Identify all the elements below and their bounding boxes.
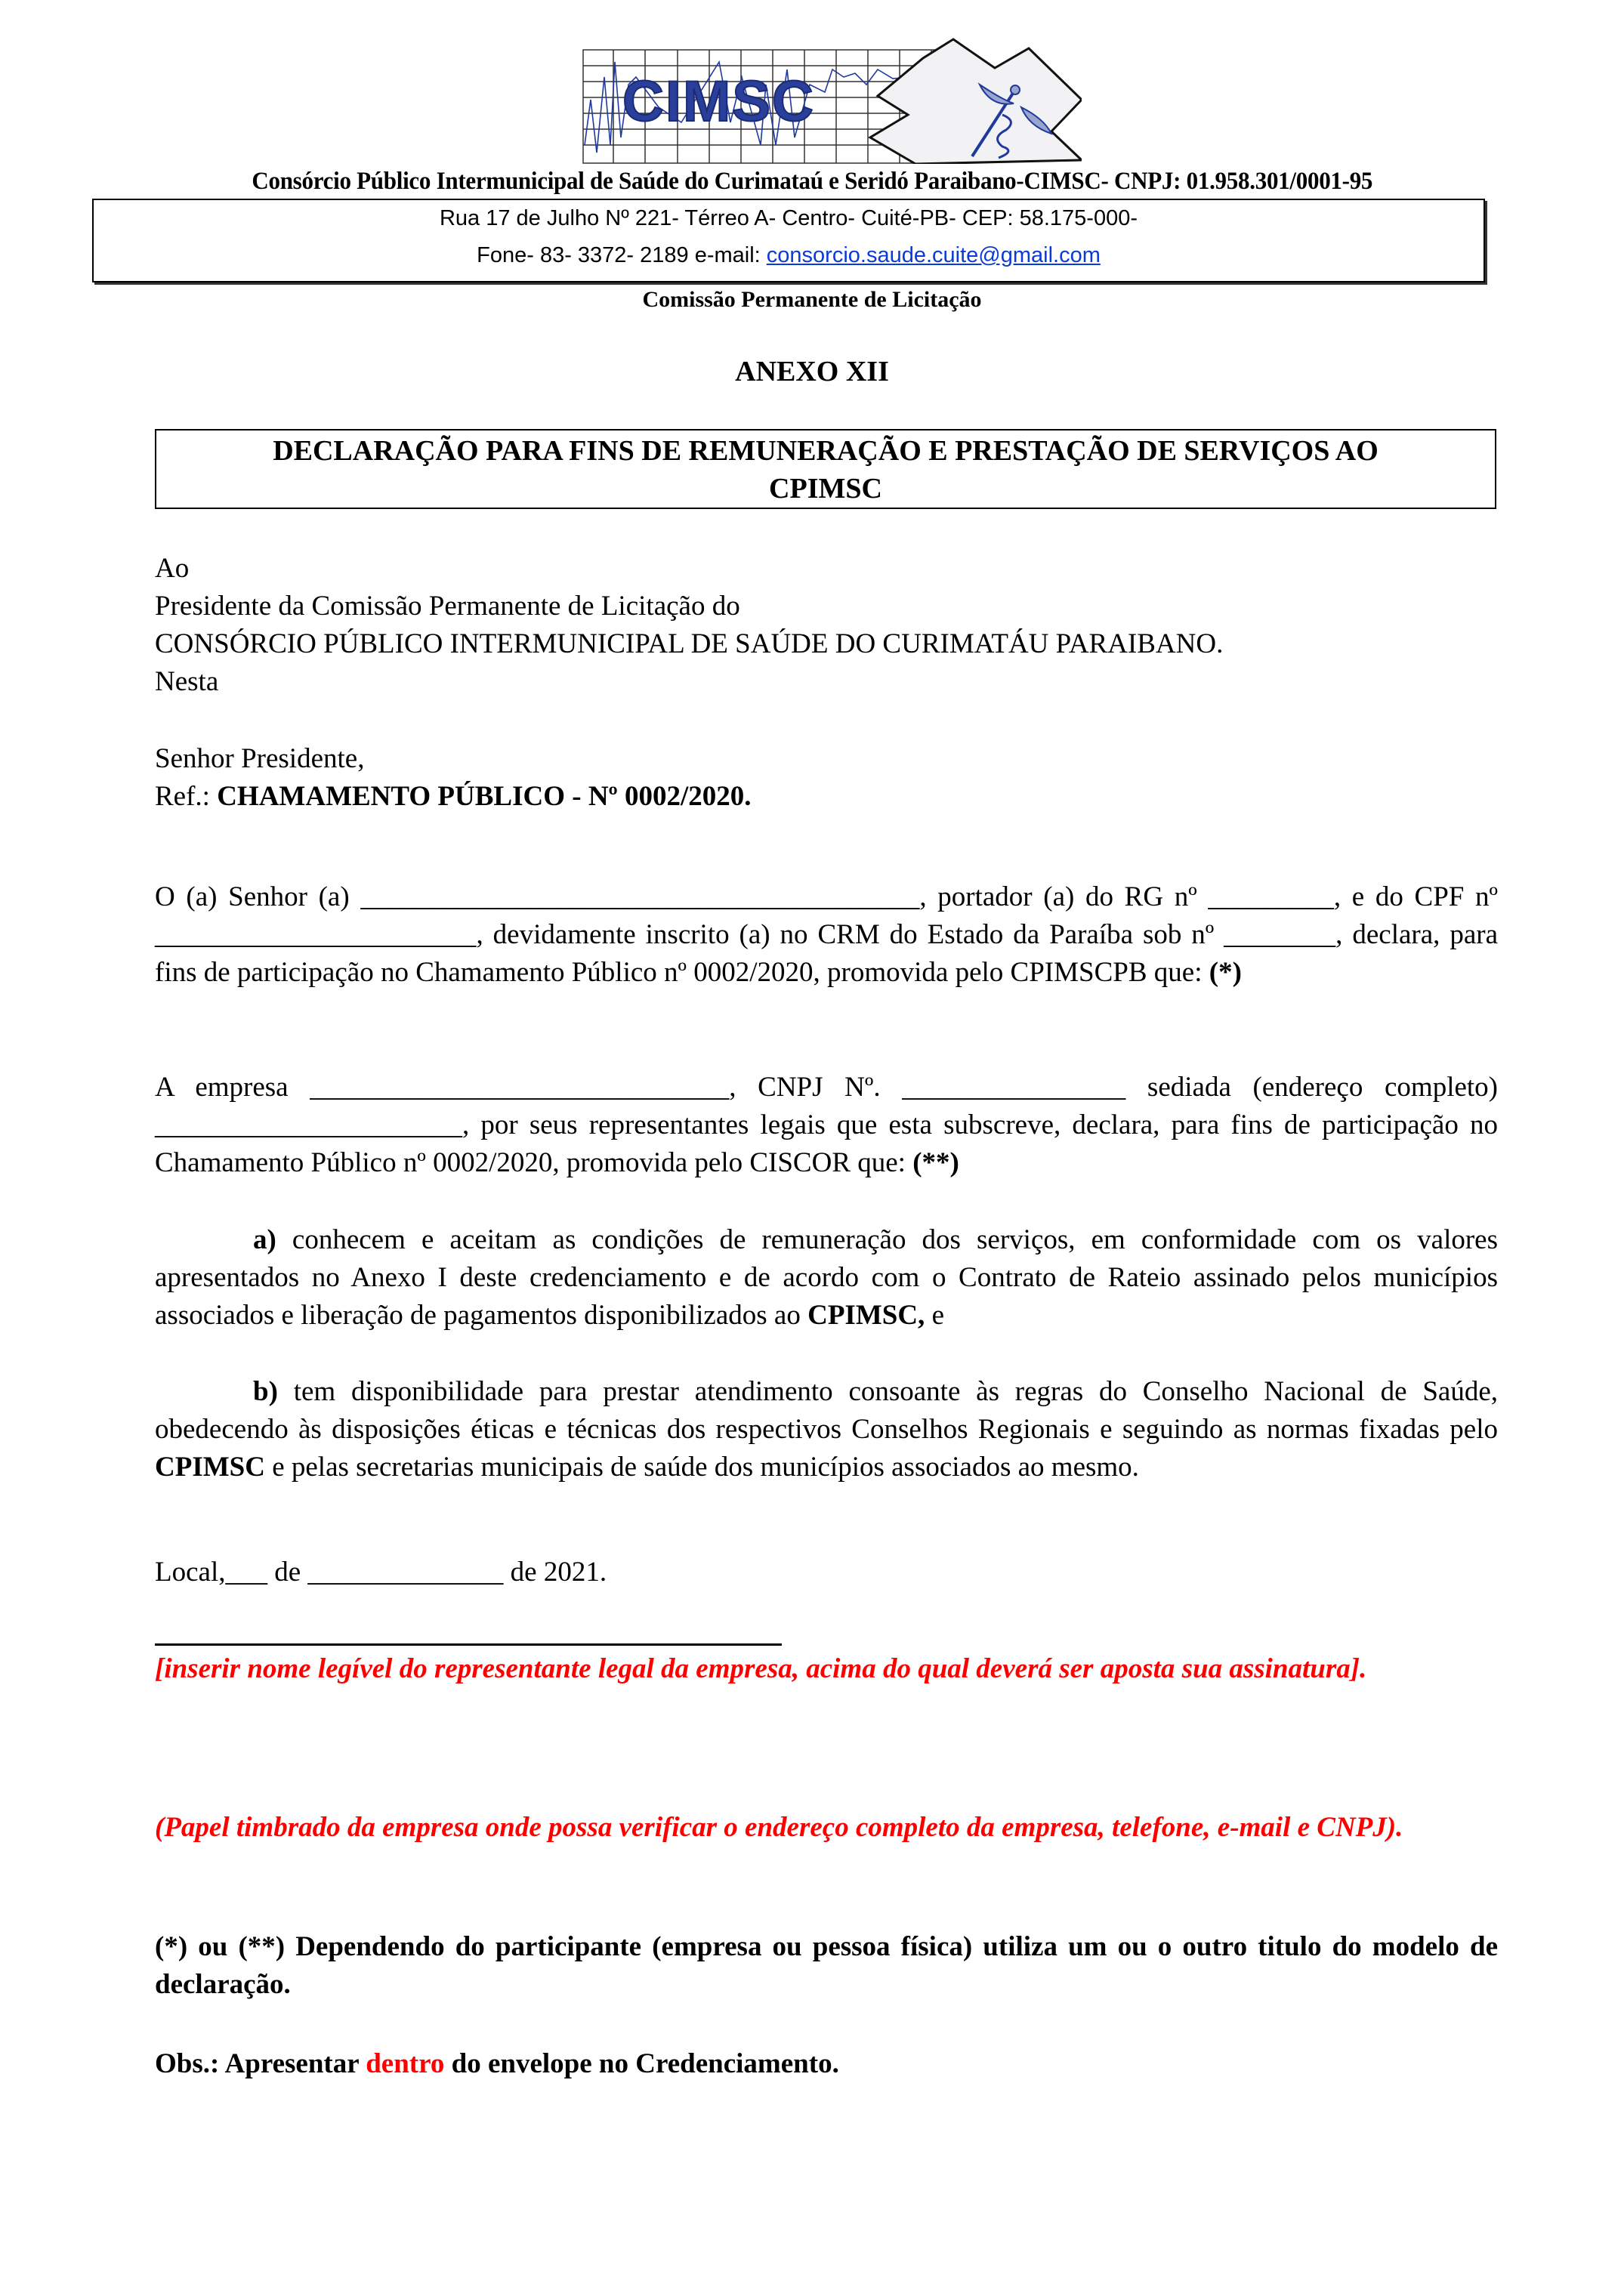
salutation-block: Senhor Presidente, Ref.: CHAMAMENTO PÚBL… [155,740,1498,816]
reference-value: CHAMAMENTO PÚBLICO - Nº 0002/2020. [217,781,751,812]
observation-suffix: do envelope no Credenciamento. [444,2048,838,2079]
addressee-line: CONSÓRCIO PÚBLICO INTERMUNICIPAL DE SAÚD… [155,625,1498,663]
clause-a-org: CPIMSC, [807,1300,925,1331]
person-marker: (*) [1209,957,1242,988]
clause-a-tail: e [925,1300,944,1331]
declaration-title-line2: CPIMSC [156,470,1495,508]
declaration-title-line1: DECLARAÇÃO PARA FINS DE REMUNERAÇÃO E PR… [156,432,1495,470]
addressee-line: Ao [155,550,1498,588]
commission-label: Comissão Permanente de Licitação [0,287,1624,313]
clause-b-text-after: e pelas secretarias municipais de saúde … [265,1452,1139,1483]
greeting: Senhor Presidente, [155,740,1498,778]
observation-line: Obs.: Apresentar dentro do envelope no C… [155,2045,1498,2083]
phone-text: Fone- 83- 3372- 2189 e-mail: [477,243,767,267]
person-declaration-paragraph: O (a) Senhor (a) _______________________… [155,878,1498,992]
address-line: Rua 17 de Julho Nº 221- Térreo A- Centro… [94,206,1484,231]
addressee-line: Nesta [155,663,1498,701]
clause-b-label: b) [253,1376,278,1407]
person-declaration-text: O (a) Senhor (a) _______________________… [155,881,1498,988]
email-link[interactable]: consorcio.saude.cuite@gmail.com [767,243,1101,267]
company-declaration-paragraph: A empresa ______________________________… [155,1069,1498,1182]
annex-title: ANEXO XII [0,355,1624,388]
reference-line: Ref.: CHAMAMENTO PÚBLICO - Nº 0002/2020. [155,778,1498,816]
signature-note: [inserir nome legível do representante l… [155,1650,1439,1688]
observation-prefix: Obs.: Apresentar [155,2048,366,2079]
clause-b: b) tem disponibilidade para prestar aten… [155,1373,1498,1486]
contact-box: Rua 17 de Julho Nº 221- Térreo A- Centro… [92,199,1485,282]
signature-line [155,1643,782,1646]
observation-highlight: dentro [366,2048,444,2079]
clause-b-text: tem disponibilidade para prestar atendim… [155,1376,1498,1445]
clause-b-org: CPIMSC [155,1452,265,1483]
declaration-title-box: DECLARAÇÃO PARA FINS DE REMUNERAÇÃO E PR… [155,429,1496,509]
company-declaration-text: A empresa ______________________________… [155,1072,1498,1178]
clause-a: a) conhecem e aceitam as condições de re… [155,1221,1498,1335]
logo-text: CIMSC [622,69,815,134]
cimsc-logo: CIMSC [568,32,1082,164]
date-line: Local,___ de ______________ de 2021. [155,1554,1498,1591]
organization-title: Consórcio Público Intermunicipal de Saúd… [0,168,1624,196]
addressee-line: Presidente da Comissão Permanente de Lic… [155,588,1498,625]
clause-a-label: a) [253,1224,276,1255]
addressee-block: Ao Presidente da Comissão Permanente de … [155,550,1498,701]
footnote: (*) ou (**) Dependendo do participante (… [155,1928,1498,2004]
phone-email-line: Fone- 83- 3372- 2189 e-mail: consorcio.s… [94,243,1484,268]
reference-label: Ref.: [155,781,217,812]
company-marker: (**) [912,1147,959,1178]
letterhead-note: (Papel timbrado da empresa onde possa ve… [155,1809,1498,1847]
organization-title-text: Consórcio Público Intermunicipal de Saúd… [252,168,1372,196]
